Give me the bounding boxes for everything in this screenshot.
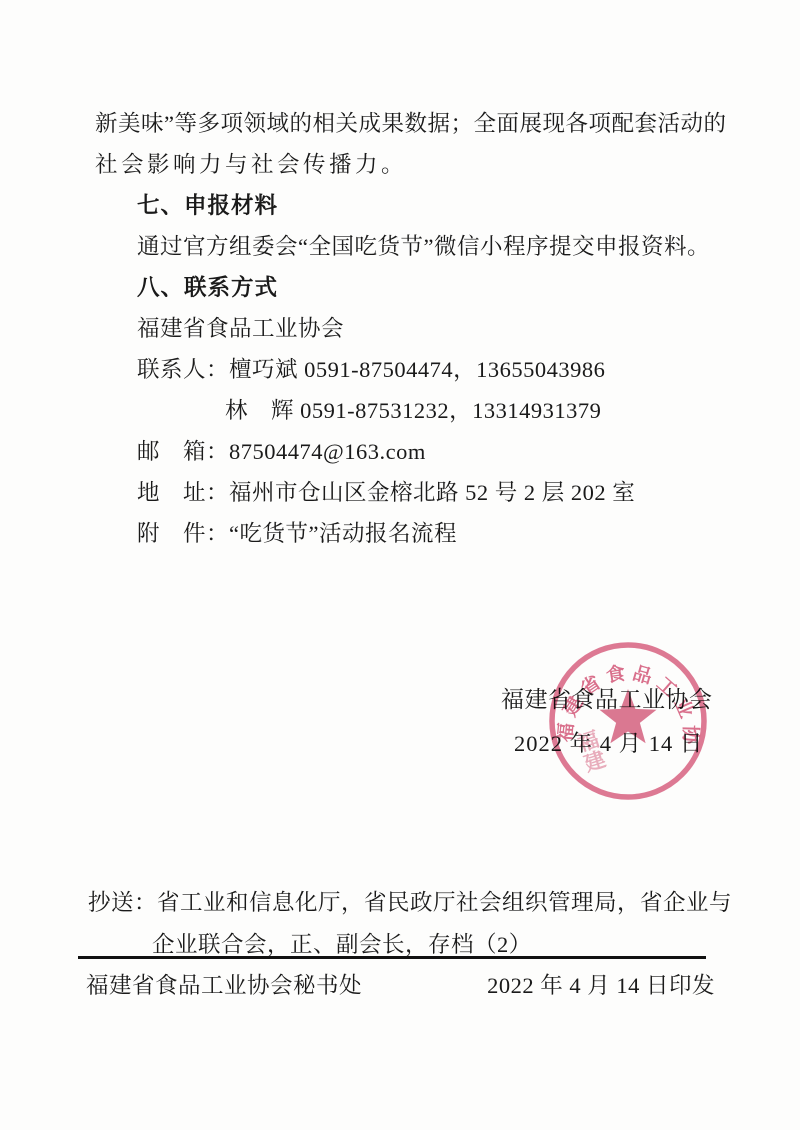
contact-person-line-2: 林 辉 0591-87531232，13314931379 bbox=[95, 390, 715, 431]
email-line: 邮 箱：87504474@163.com bbox=[95, 431, 715, 472]
address-line: 地 址：福州市仓山区金榕北路 52 号 2 层 202 室 bbox=[95, 472, 715, 513]
contact-person-line-1: 联系人：檀巧斌 0591-87504474，13655043986 bbox=[95, 349, 715, 390]
issuing-office: 福建省食品工业协会秘书处 bbox=[86, 968, 362, 1000]
cc-distribution-line-2: 企业联合会，正、副会长，存档（2） bbox=[152, 927, 532, 959]
section-8-heading: 八、联系方式 bbox=[95, 267, 715, 308]
section-7-heading: 七、申报材料 bbox=[95, 185, 715, 226]
association-name-line: 福建省食品工业协会 bbox=[95, 308, 715, 349]
section-7-text: 通过官方组委会“全国吃货节”微信小程序提交申报资料。 bbox=[95, 226, 715, 267]
print-date: 2022 年 4 月 14 日印发 bbox=[487, 968, 715, 1000]
paragraph-continuation-line-2: 社会影响力与社会传播力。 bbox=[95, 144, 715, 185]
scanned-document-page: 新美味”等多项领域的相关成果数据；全面展现各项配套活动的 社会影响力与社会传播力… bbox=[0, 0, 800, 1130]
seal-star-icon bbox=[599, 689, 656, 743]
paragraph-continuation-line-1: 新美味”等多项领域的相关成果数据；全面展现各项配套活动的 bbox=[95, 103, 715, 144]
seal-ghost-text: 福建 bbox=[573, 727, 609, 776]
cc-distribution-line-1: 抄送：省工业和信息化厅，省民政厅社会组织管理局，省企业与 bbox=[88, 885, 732, 917]
attachment-line: 附 件：“吃货节”活动报名流程 bbox=[95, 513, 715, 554]
document-body: 新美味”等多项领域的相关成果数据；全面展现各项配套活动的 社会影响力与社会传播力… bbox=[95, 103, 715, 554]
footer-divider-rule bbox=[78, 956, 706, 959]
official-round-seal-icon: 福建省食品工业协会 福建 bbox=[546, 639, 710, 803]
